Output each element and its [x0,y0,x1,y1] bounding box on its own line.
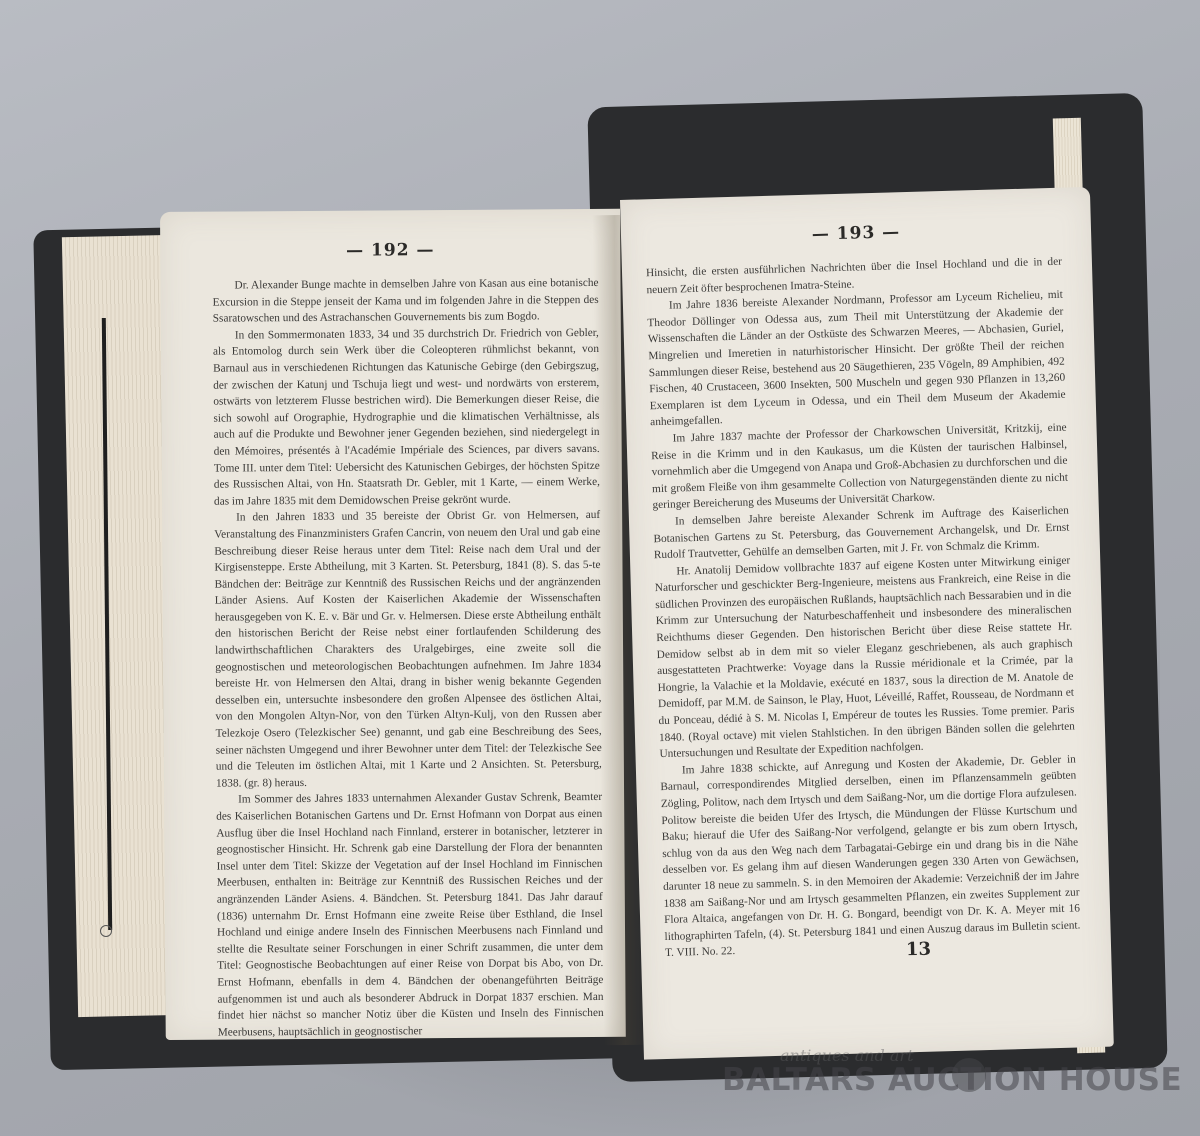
paragraph: Im Jahre 1838 schickte, auf Anregung und… [660,751,1081,962]
signature-mark: 13 [906,939,932,961]
watermark-brand: BALTARS AUCTION HOUSE [722,1062,1182,1098]
left-page: — 192 — Dr. Alexander Bunge machte in de… [160,209,626,1040]
paragraph: Im Sommer des Jahres 1833 unternahmen Al… [216,789,604,1041]
paragraph: Hr. Anatolij Demidow vollbrachte 1837 au… [654,552,1075,763]
paragraph: Im Jahre 1836 bereiste Alexander Nordman… [647,287,1067,431]
paragraph: In den Sommermonaten 1833, 34 und 35 dur… [213,325,600,510]
right-page-text: Hinsicht, die ersten ausführlichen Nachr… [622,253,1111,963]
right-page-number: — 193 — [621,217,1091,250]
paragraph: Im Jahre 1837 machte der Professor der C… [650,420,1068,515]
paragraph: Dr. Alexander Bunge machte in demselben … [212,275,598,327]
right-page: — 193 — Hinsicht, die ersten ausführlich… [620,187,1114,1060]
paragraph: In den Jahren 1833 und 35 bereiste der O… [214,507,602,792]
bookmark-loop [100,925,112,937]
left-page-number: — 192 — [160,239,620,262]
left-page-text: Dr. Alexander Bunge machte in demselben … [160,275,625,1042]
